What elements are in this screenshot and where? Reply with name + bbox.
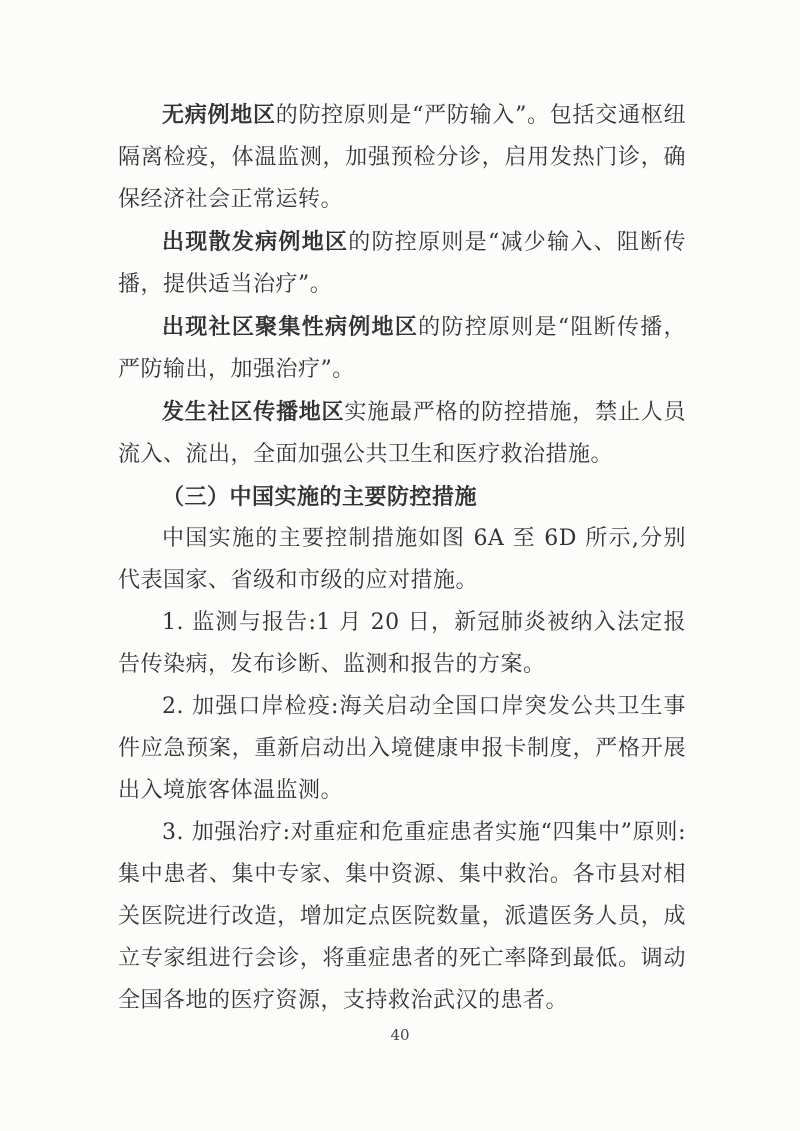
list-item-treatment: 3. 加强治疗:对重症和危重症患者实施“四集中”原则:集中患者、集中专家、集中资… bbox=[118, 812, 686, 1022]
paragraph-lead: 出现散发病例地区 bbox=[162, 229, 348, 255]
page-number: 40 bbox=[0, 1026, 800, 1044]
paragraph-no-case-areas: 无病例地区的防控原则是“严防输入”。包括交通枢纽隔离检疫，体温监测，加强预检分诊… bbox=[118, 94, 686, 221]
paragraph-text: 2. 加强口岸检疫:海关启动全国口岸突发公共卫生事件应急预案，重新启动出入境健康… bbox=[118, 694, 686, 803]
paragraph-lead: 发生社区传播地区 bbox=[162, 399, 344, 425]
list-item-monitoring-reporting: 1. 监测与报告:1 月 20 日，新冠肺炎被纳入法定报告传染病，发布诊断、监测… bbox=[118, 602, 686, 686]
paragraph-lead: 出现社区聚集性病例地区 bbox=[162, 314, 418, 340]
section-heading: （三）中国实施的主要防控措施 bbox=[118, 476, 686, 518]
paragraph-text: 中国实施的主要控制措施如图 6A 至 6D 所示,分别代表国家、省级和市级的应对… bbox=[118, 526, 686, 593]
paragraph-community-cluster-areas: 出现社区聚集性病例地区的防控原则是“阻断传播，严防输出，加强治疗”。 bbox=[118, 306, 686, 391]
document-page: 无病例地区的防控原则是“严防输入”。包括交通枢纽隔离检疫，体温监测，加强预检分诊… bbox=[0, 0, 800, 1131]
paragraph-sporadic-case-areas: 出现散发病例地区的防控原则是“减少输入、阻断传播，提供适当治疗”。 bbox=[118, 221, 686, 306]
paragraph-text: 1. 监测与报告:1 月 20 日，新冠肺炎被纳入法定报告传染病，发布诊断、监测… bbox=[118, 610, 686, 677]
paragraph-measures-overview: 中国实施的主要控制措施如图 6A 至 6D 所示,分别代表国家、省级和市级的应对… bbox=[118, 518, 686, 602]
paragraph-text: 3. 加强治疗:对重症和危重症患者实施“四集中”原则:集中患者、集中专家、集中资… bbox=[118, 820, 686, 1013]
paragraph-lead: 无病例地区 bbox=[162, 102, 276, 128]
paragraph-community-transmission-areas: 发生社区传播地区实施最严格的防控措施，禁止人员流入、流出，全面加强公共卫生和医疗… bbox=[118, 391, 686, 476]
document-body: 无病例地区的防控原则是“严防输入”。包括交通枢纽隔离检疫，体温监测，加强预检分诊… bbox=[118, 94, 686, 1022]
list-item-port-quarantine: 2. 加强口岸检疫:海关启动全国口岸突发公共卫生事件应急预案，重新启动出入境健康… bbox=[118, 686, 686, 812]
